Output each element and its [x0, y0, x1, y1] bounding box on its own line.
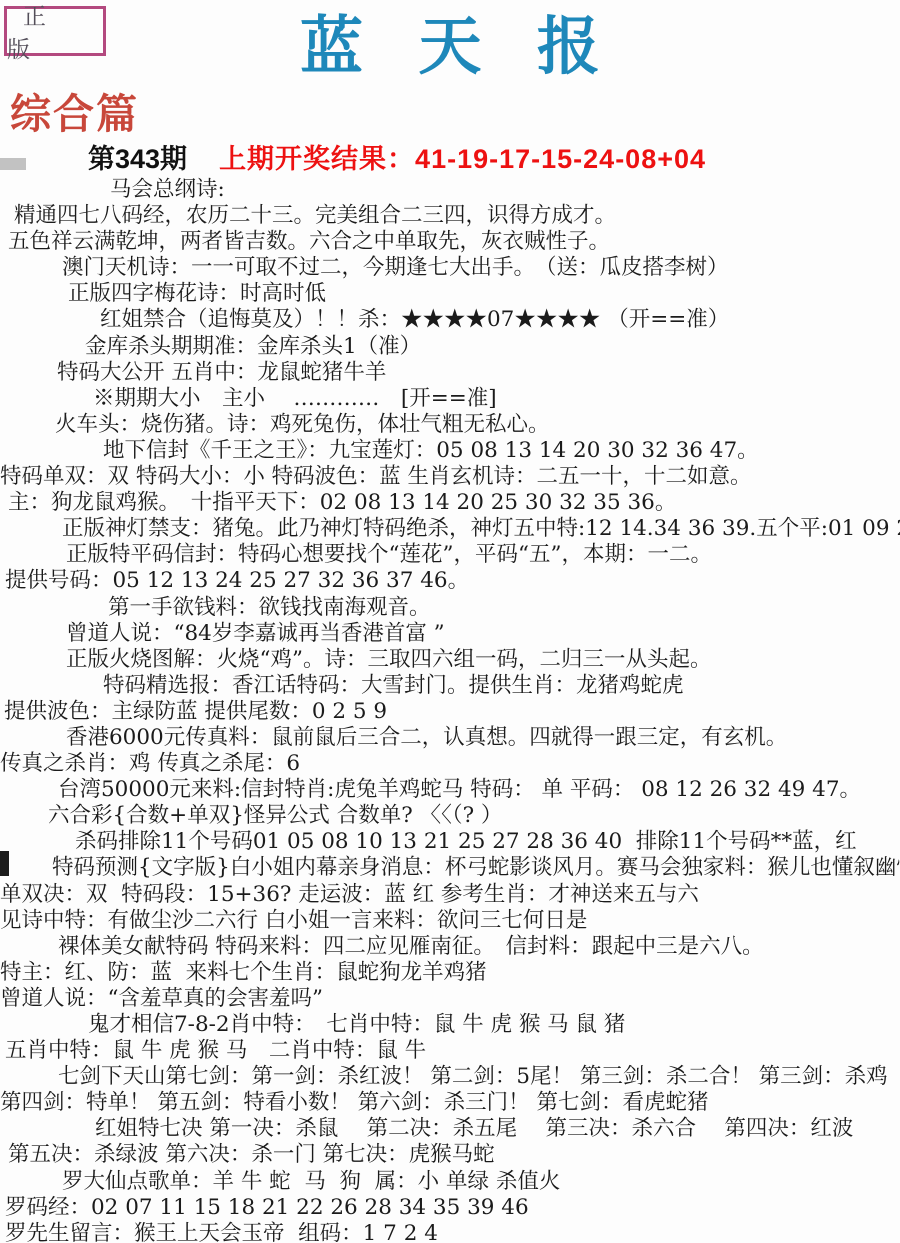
issue-number: 第343期: [88, 137, 187, 176]
text-line: 单双决：双 特码段：15+36? 走运波：蓝 红 参考生肖：才神送来五与六: [0, 882, 900, 908]
text-line: 台湾50000元来料:信封特肖:虎兔羊鸡蛇马 特码： 单 平码： 08 12 2…: [0, 777, 900, 803]
text-line: 精通四七八码经，农历二十三。完美组合二三四，识得方成才。: [0, 203, 900, 229]
text-line: 曾道人说：“84岁李嘉诚再当香港首富 ”: [0, 621, 900, 647]
text-line: 正版特平码信封：特码心想要找个“莲花”，平码“五”，本期：一二。: [0, 542, 900, 568]
text-line: 七剑下天山第七剑：第一剑：杀红波！ 第二剑：5尾！ 第三剑：杀二合！ 第三剑：杀…: [0, 1064, 900, 1090]
text-line: 澳门天机诗：一一可取不过二，今期逢七大出手。 （送：瓜皮搭李树）: [0, 255, 900, 281]
text-line: 罗大仙点歌单：羊 牛 蛇 马 狗 属：小 单绿 杀值火: [0, 1169, 900, 1195]
text-line: 鬼才相信7-8-2肖中特： 七肖中特：鼠 牛 虎 猴 马 鼠 猪: [0, 1012, 900, 1038]
text-line: 曾道人说：“含羞草真的会害羞吗”: [0, 986, 900, 1012]
text-line: 正版火烧图解：火烧“鸡”。诗：三取四六组一码，二归三一从头起。: [0, 647, 900, 673]
text-line: 香港6000元传真料：鼠前鼠后三合二，认真想。四就得一跟三定，有玄机。: [0, 725, 900, 751]
text-line: 杀码排除11个号码01 05 08 10 13 21 25 27 28 36 4…: [0, 829, 900, 855]
text-line: 特码预测{文字版}白小姐内幕亲身消息：杯弓蛇影谈风月。赛马会独家料：猴儿也懂叙幽…: [0, 855, 900, 881]
text-line: 特码单双：双 特码大小：小 特码波色：蓝 生肖玄机诗：二五一十，十二如意。: [0, 464, 900, 490]
text-line: 第五决：杀绿波 第六决：杀一门 第七决：虎猴马蛇: [0, 1142, 900, 1168]
text-line: 红姐禁合（追悔莫及）！！杀：★★★★07★★★★ （开==准）: [0, 307, 900, 333]
text-line: 提供号码：05 12 13 24 25 27 32 36 37 46。: [0, 568, 900, 594]
report-body: 马会总纲诗:精通四七八码经，农历二十三。完美组合二三四，识得方成才。五色祥云满乾…: [0, 177, 900, 1243]
text-line: 提供波色：主绿防蓝 提供尾数：0 2 5 9: [0, 699, 900, 725]
text-line: 正版四字梅花诗：时高时低: [0, 281, 900, 307]
text-line: 第四剑：特单！ 第五剑：特看小数！ 第六剑：杀三门！ 第七剑：看虎蛇猪: [0, 1090, 900, 1116]
section-title: 综合篇: [10, 92, 139, 137]
report-title: 蓝天报: [0, 10, 900, 82]
text-line: 五色祥云满乾坤，两者皆吉数。六合之中单取先，灰衣贼性子。: [0, 229, 900, 255]
text-line: 正版神灯禁支：猪兔。此乃神灯特码绝杀，神灯五中特:12 14.34 36 39.…: [0, 516, 900, 542]
text-line: 特码大公开 五肖中：龙鼠蛇猪牛羊: [0, 360, 900, 386]
text-line: 传真之杀肖：鸡 传真之杀尾：6: [0, 751, 900, 777]
text-line: 罗先生留言：猴王上天会玉帝 组码：1 7 2 4: [0, 1221, 900, 1243]
text-line: 第一手欲钱料：欲钱找南海观音。: [0, 595, 900, 621]
text-line: 见诗中特：有做尘沙二六行 白小姐一言来料：欲问三七何日是: [0, 908, 900, 934]
text-line: 地下信封《千王之王》：九宝莲灯：05 08 13 14 20 30 32 36 …: [0, 438, 900, 464]
text-line: 罗码经：02 07 11 15 18 21 22 26 28 34 35 39 …: [0, 1195, 900, 1221]
text-line: 六合彩{合数+单双}怪异公式 合数单? 〈〈（? ）: [0, 803, 900, 829]
text-line: 特主：红、防：蓝 来料七个生肖：鼠蛇狗龙羊鸡猪: [0, 960, 900, 986]
scan-artifact: [0, 158, 26, 170]
text-line: 主：狗龙鼠鸡猴。 十指平天下：02 08 13 14 20 25 30 32 3…: [0, 490, 900, 516]
text-line: 红姐特七决 第一决：杀鼠 第二决：杀五尾 第三决：杀六合 第四决：红波: [0, 1116, 900, 1142]
scan-artifact: [0, 851, 9, 876]
issue-row: 第343期 上期开奖结果：41-19-17-15-24-08+04: [88, 137, 706, 176]
text-line: 五肖中特：鼠 牛 虎 猴 马 二肖中特：鼠 牛: [0, 1038, 900, 1064]
text-line: 裸体美女献特码 特码来料：四二应见雁南征。 信封料：跟起中三是六八。: [0, 934, 900, 960]
text-line: 火车头：烧伤猪。诗：鸡死兔伤，体壮气粗无私心。: [0, 412, 900, 438]
text-line: 马会总纲诗:: [0, 177, 900, 203]
text-line: 特码精选报：香江话特码：大雪封门。提供生肖：龙猪鸡蛇虎: [0, 673, 900, 699]
text-line: ※期期大小 主小 ………… [开==准]: [0, 386, 900, 412]
text-line: 金库杀头期期准：金库杀头1（准）: [0, 334, 900, 360]
last-draw-result: 上期开奖结果：41-19-17-15-24-08+04: [219, 137, 706, 176]
